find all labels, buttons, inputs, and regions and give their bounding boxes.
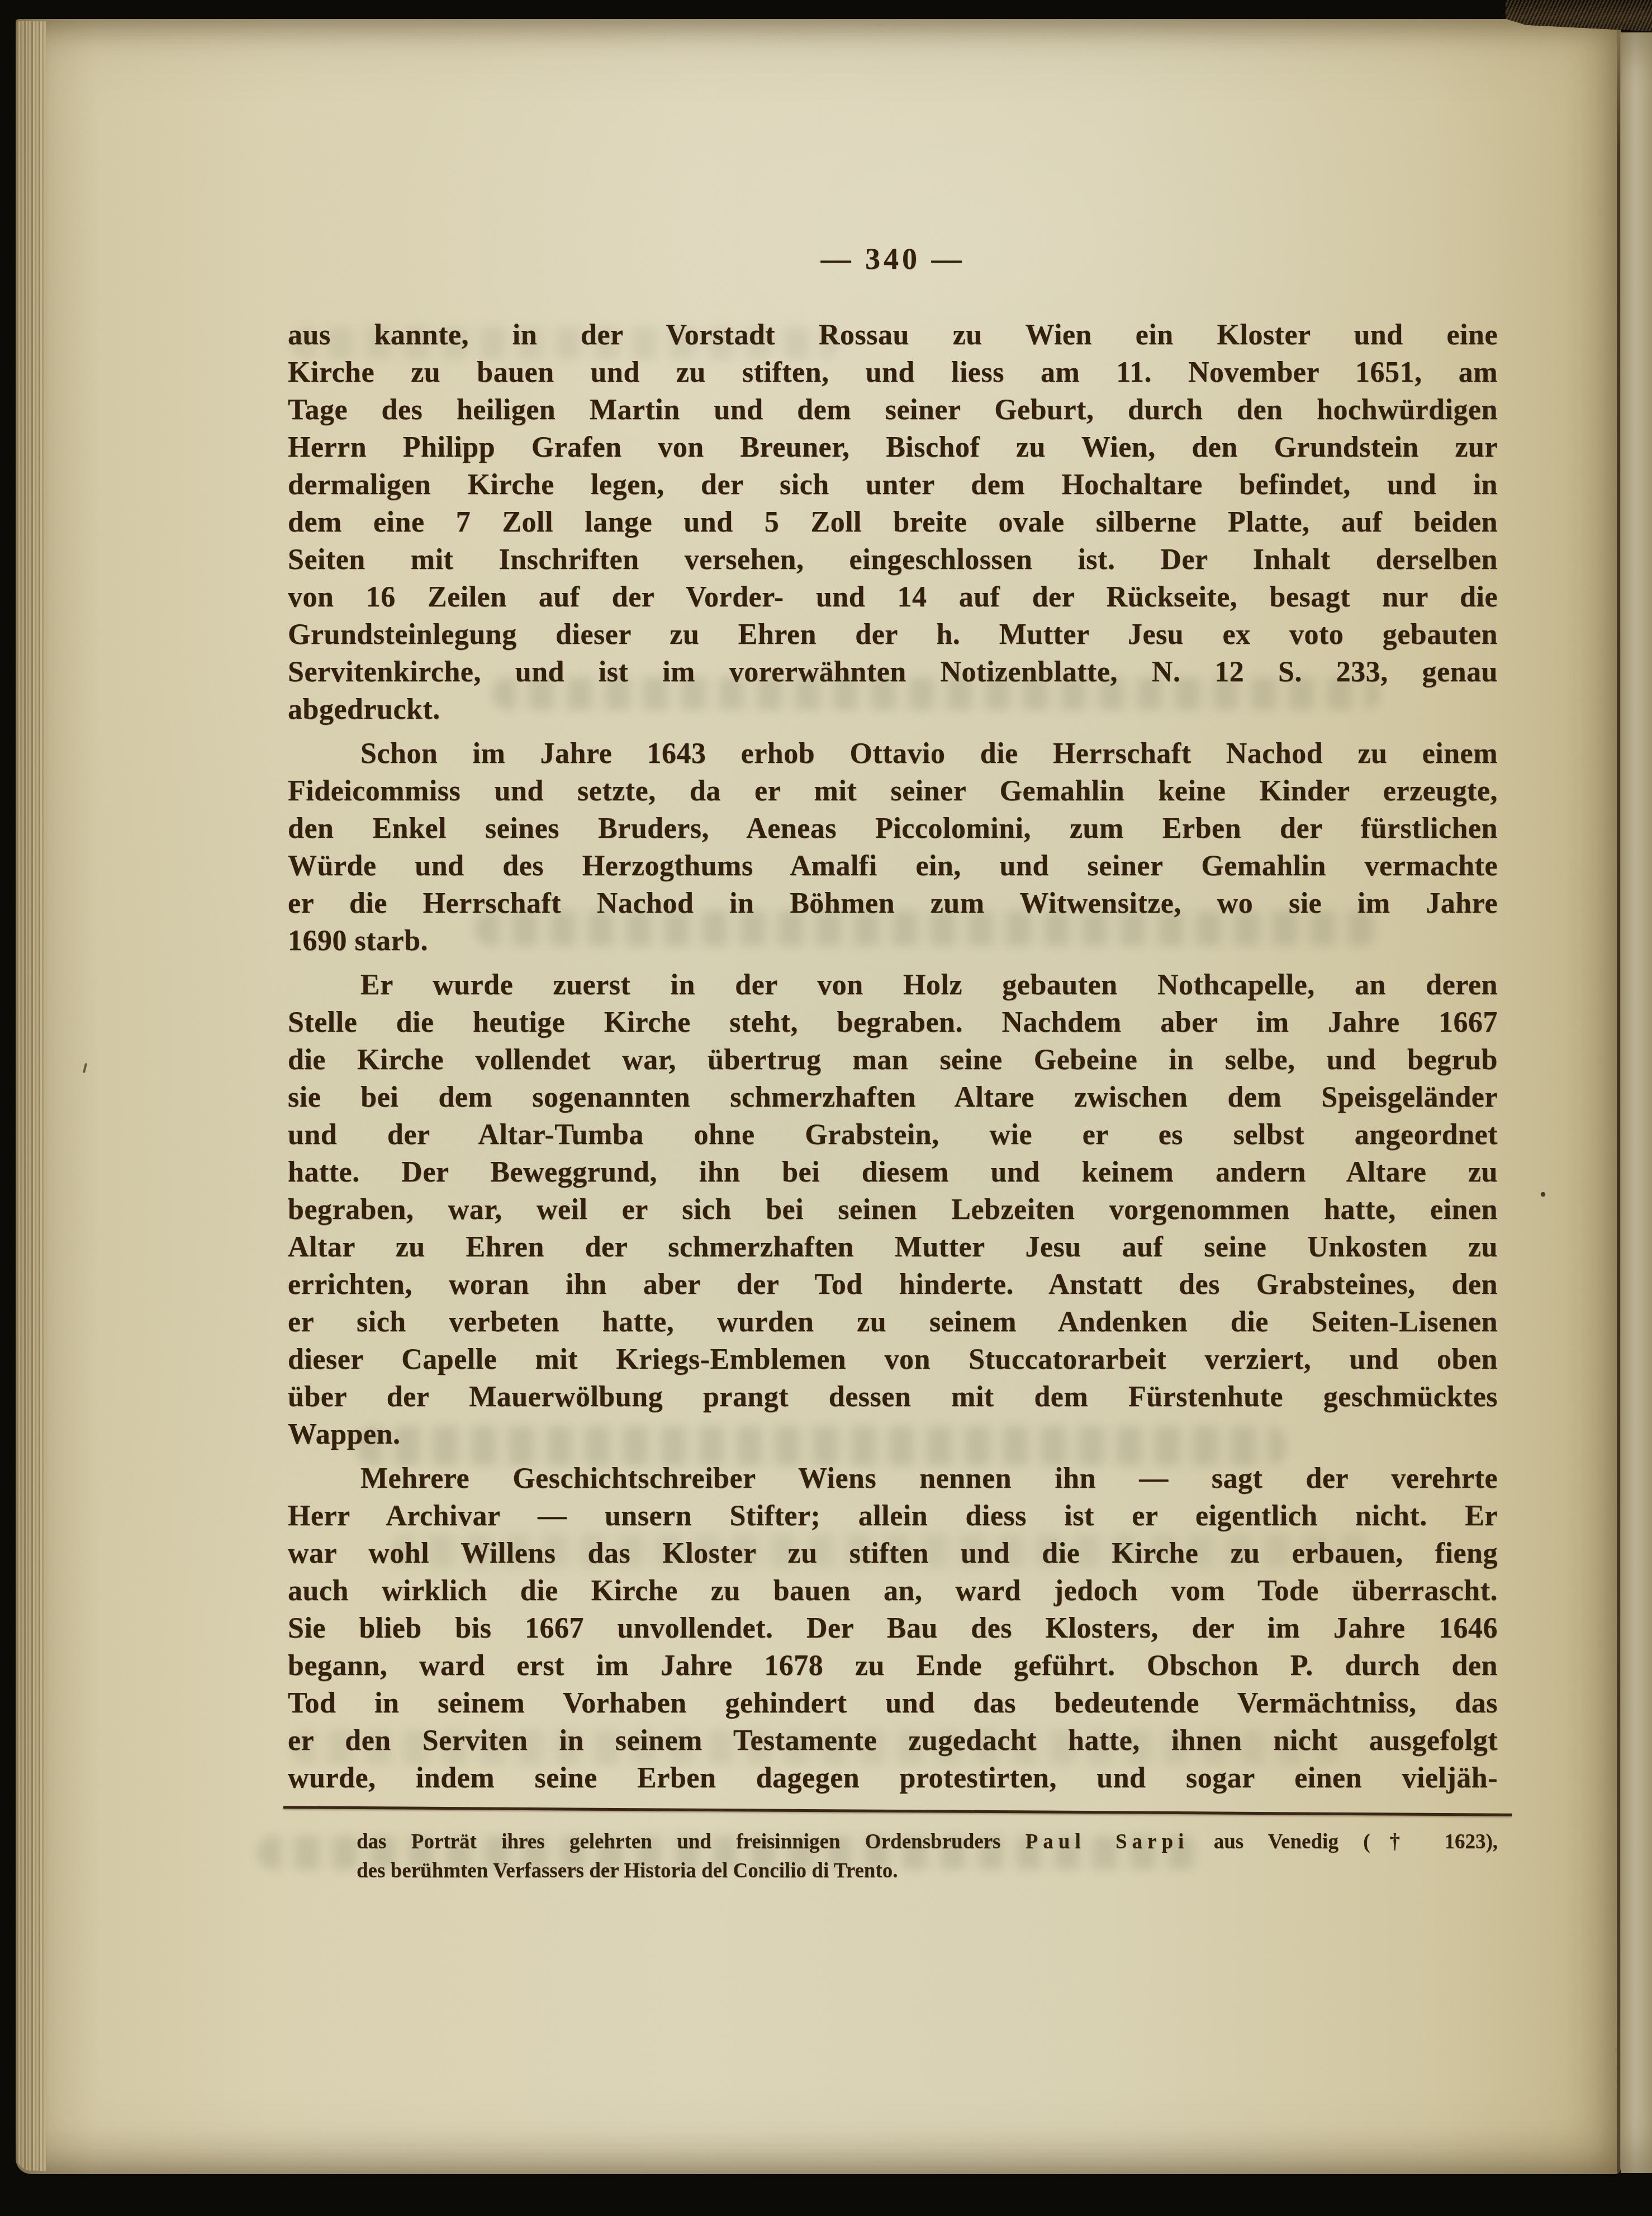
text-line: wurde, indem seine Erben dagegen protest… <box>288 1759 1498 1797</box>
text-line: Würde und des Herzogthums Amalfi ein, un… <box>288 847 1498 885</box>
text-line: begraben, war, weil er sich bei seinen L… <box>288 1191 1498 1228</box>
text-line: von 16 Zeilen auf der Vorder- und 14 auf… <box>288 578 1498 616</box>
footnote-line: das Porträt ihres gelehrten und freisinn… <box>357 1828 1498 1857</box>
text-line: auch wirklich die Kirche zu bauen an, wa… <box>288 1572 1498 1610</box>
footnote: das Porträt ihres gelehrten und freisinn… <box>357 1828 1498 1886</box>
text-line: sie bei dem sogenannten schmerzhaften Al… <box>288 1079 1498 1116</box>
scan-background: { "page": { "header": { "page_number_dis… <box>0 0 1652 2216</box>
text-line: über der Mauerwölbung prangt dessen mit … <box>288 1378 1498 1416</box>
page-number: — 340 — <box>821 242 965 276</box>
text-line: Herrn Philipp Grafen von Breuner, Bischo… <box>288 429 1498 466</box>
text-line: dem eine 7 Zoll lange und 5 Zoll breite … <box>288 504 1498 541</box>
text-line: Kirche zu bauen und zu stiften, und lies… <box>288 354 1498 391</box>
text-line: Er wurde zuerst in der von Holz gebauten… <box>288 966 1498 1004</box>
adjacent-page-edge <box>1621 32 1652 2173</box>
text-line: Grundsteinlegung dieser zu Ehren der h. … <box>288 616 1498 653</box>
paragraph: aus kannte, in der Vorstadt Rossau zu Wi… <box>288 316 1498 728</box>
paragraph: Er wurde zuerst in der von Holz gebauten… <box>288 966 1498 1453</box>
text-line: Tod in seinem Vorhaben gehindert und das… <box>288 1684 1498 1722</box>
text-line: Sie blieb bis 1667 unvollendet. Der Bau … <box>288 1610 1498 1647</box>
footnote-text: aus Venedig († 1623), <box>1189 1830 1498 1853</box>
text-line: 1690 starb. <box>288 922 1498 960</box>
text-line: die Kirche vollendet war, übertrug man s… <box>288 1041 1498 1079</box>
text-line: Herr Archivar — unsern Stifter; allein d… <box>288 1497 1498 1535</box>
text-line: dieser Capelle mit Kriegs-Emblemen von S… <box>288 1341 1498 1378</box>
paragraph: Schon im Jahre 1643 erhob Ottavio die He… <box>288 735 1498 960</box>
text-line: Schon im Jahre 1643 erhob Ottavio die He… <box>288 735 1498 772</box>
text-line: dermaligen Kirche legen, der sich unter … <box>288 466 1498 504</box>
text-line: hatte. Der Beweggrund, ihn bei diesem un… <box>288 1154 1498 1191</box>
page-gutter-crease <box>1617 25 1620 2173</box>
text-line: abgedruckt. <box>288 691 1498 728</box>
text-line: Servitenkirche, und ist im vorerwähnten … <box>288 653 1498 691</box>
text-line: Fideicommiss und setzte, da er mit seine… <box>288 772 1498 810</box>
footnote-line: des berühmten Verfassers der Historia de… <box>357 1857 1498 1886</box>
text-line: den Enkel seines Bruders, Aeneas Piccolo… <box>288 810 1498 847</box>
text-line: Altar zu Ehren der schmerzhaften Mutter … <box>288 1228 1498 1266</box>
text-line: errichten, woran ihn aber der Tod hinder… <box>288 1266 1498 1303</box>
text-line: war wohl Willens das Kloster zu stiften … <box>288 1535 1498 1572</box>
person-name: Paul Sarpi <box>1026 1830 1189 1853</box>
text-block: — 340 — aus kannte, in der Vorstadt Ross… <box>288 19 1498 2174</box>
text-line: Seiten mit Inschriften versehen, eingesc… <box>288 541 1498 578</box>
footnote-text: das Porträt ihres gelehrten und freisinn… <box>357 1830 1026 1853</box>
text-line: er sich verbeten hatte, wurden zu seinem… <box>288 1303 1498 1341</box>
footnote-separator-rule <box>283 1806 1512 1816</box>
page-edge-stack-shading <box>17 21 56 2171</box>
text-line: Mehrere Geschichtschreiber Wiens nennen … <box>288 1460 1498 1497</box>
text-line: aus kannte, in der Vorstadt Rossau zu Wi… <box>288 316 1498 354</box>
book-page: — 340 — aus kannte, in der Vorstadt Ross… <box>16 19 1621 2174</box>
text-line: Wappen. <box>288 1416 1498 1453</box>
ink-speck <box>1541 1192 1545 1197</box>
page-header: — 340 — <box>288 241 1498 276</box>
text-line: er die Herrschaft Nachod in Böhmen zum W… <box>288 885 1498 922</box>
text-line: begann, ward erst im Jahre 1678 zu Ende … <box>288 1647 1498 1684</box>
text-line: Stelle die heutige Kirche steht, begrabe… <box>288 1004 1498 1041</box>
margin-mark <box>83 1063 87 1073</box>
body-text: aus kannte, in der Vorstadt Rossau zu Wi… <box>288 316 1498 1797</box>
text-line: und der Altar-Tumba ohne Grabstein, wie … <box>288 1116 1498 1154</box>
text-line: Tage des heiligen Martin und dem seiner … <box>288 391 1498 429</box>
paragraph: Mehrere Geschichtschreiber Wiens nennen … <box>288 1460 1498 1797</box>
text-line: er den Serviten in seinem Testamente zug… <box>288 1722 1498 1759</box>
